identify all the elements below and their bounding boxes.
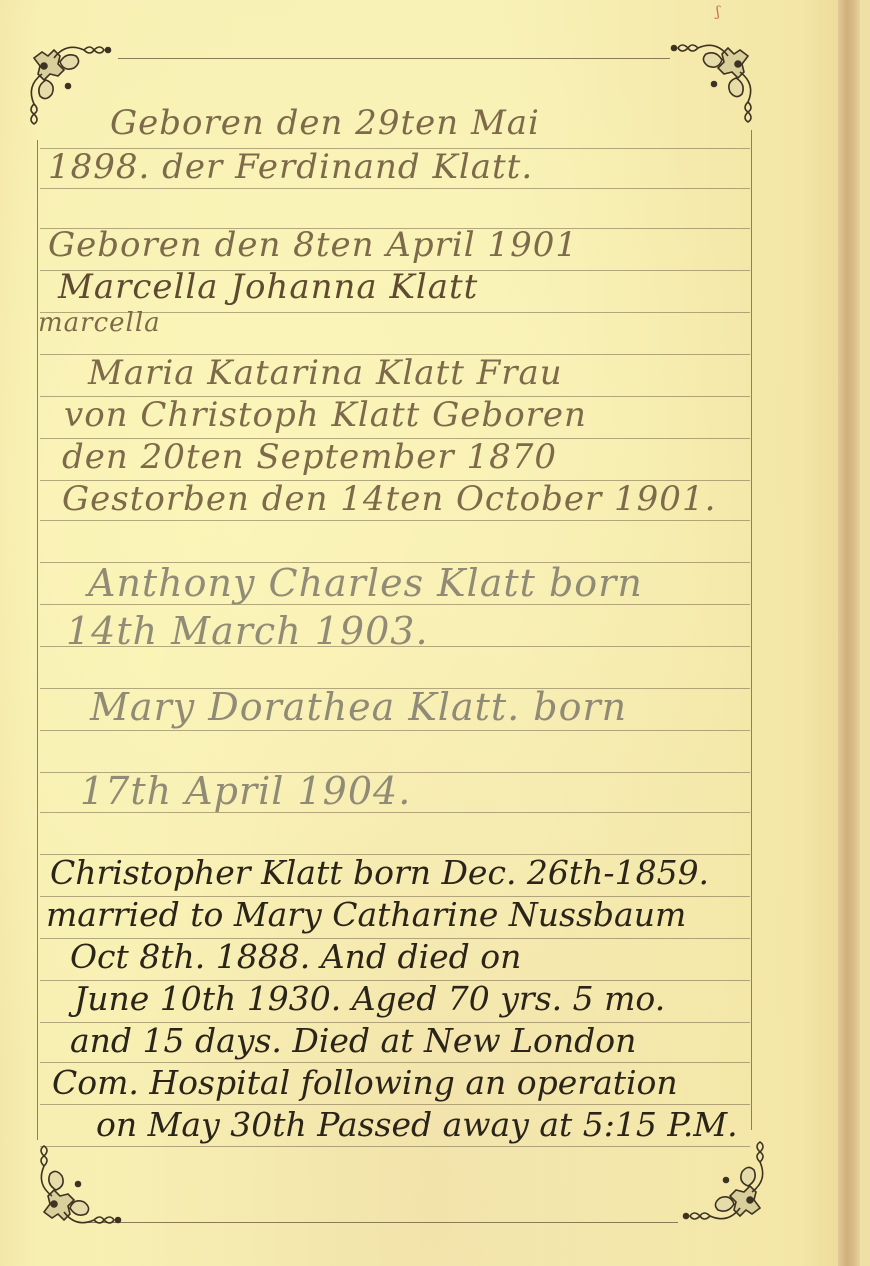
corner-ornament-top-right-icon <box>668 38 758 128</box>
entry-text-line: den 20ten September 1870 <box>62 440 557 474</box>
entry-text-line: Christopher Klatt born Dec. 26th-1859. <box>50 856 709 889</box>
entry-text-line: on May 30th Passed away at 5:15 P.M. <box>96 1108 738 1141</box>
right-margin-line <box>751 130 752 1130</box>
entry-text-line: von Christoph Klatt Geboren <box>64 398 587 432</box>
entry-text-line: and 15 days. Died at New London <box>70 1024 636 1057</box>
entry-text-line: Mary Dorathea Klatt. born <box>90 688 627 726</box>
ruling-line <box>40 730 750 731</box>
frame-bottom-line <box>78 1222 678 1223</box>
book-gutter <box>838 0 860 1266</box>
left-margin-line <box>37 140 38 1140</box>
frame-top-line <box>118 58 670 59</box>
entry-text-line: Gestorben den 14ten October 1901. <box>62 482 716 516</box>
entry-text-line: Maria Katarina Klatt Frau <box>88 356 563 390</box>
red-pencil-mark: ʃ <box>716 4 720 20</box>
entry-text-line: Marcella Johanna Klatt <box>58 270 478 304</box>
entry-text-line: June 10th 1930. Aged 70 yrs. 5 mo. <box>74 982 665 1015</box>
entry-text-line: 17th April 1904. <box>80 772 411 810</box>
entry-text-line: Com. Hospital following an operation <box>52 1066 678 1099</box>
entry-text-line: Geboren den 8ten April 1901 <box>48 228 578 262</box>
entry-text-line: Oct 8th. 1888. And died on <box>70 940 521 973</box>
entry-text-line: marcella <box>38 310 161 336</box>
entry-text-line: 1898. der Ferdinand Klatt. <box>48 150 533 184</box>
entry-text-line: Geboren den 29ten Mai <box>110 106 540 140</box>
corner-ornament-top-left-icon <box>24 40 114 130</box>
entry-text-line: married to Mary Catharine Nussbaum <box>46 898 686 931</box>
ruling-line <box>40 1146 750 1147</box>
entry-text-line: Anthony Charles Klatt born <box>88 564 643 602</box>
entry-text-line: 14th March 1903. <box>66 612 429 650</box>
ruling-line <box>40 188 750 189</box>
corner-ornament-bottom-left-icon <box>34 1140 124 1230</box>
ruling-line <box>40 520 750 521</box>
corner-ornament-bottom-right-icon <box>680 1136 770 1226</box>
page-edge <box>860 0 870 1266</box>
ledger-page: Geboren den 29ten Mai 1898. der Ferdinan… <box>0 0 870 1266</box>
